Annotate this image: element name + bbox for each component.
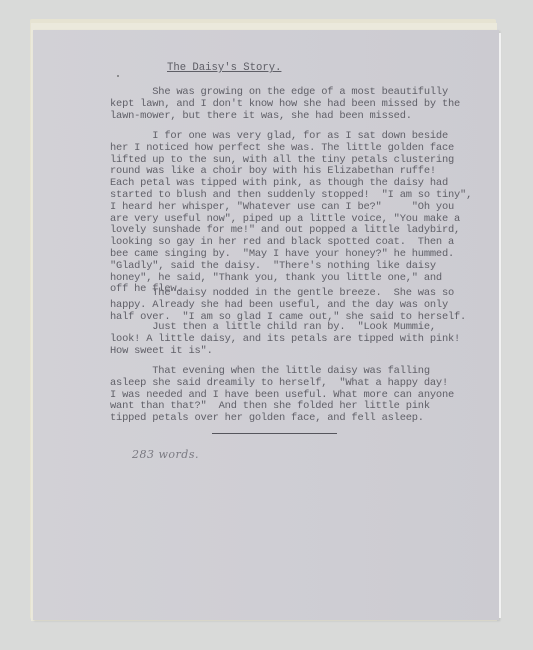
story-title: The Daisy's Story. <box>167 62 281 74</box>
story-paragraph: That evening when the little daisy was f… <box>110 366 454 425</box>
story-paragraph: The daisy nodded in the gentle breeze. S… <box>110 288 466 323</box>
word-count-note: 283 words. <box>132 448 199 461</box>
page-edge <box>499 33 501 618</box>
story-paragraph: She was growing on the edge of a most be… <box>110 87 460 122</box>
ink-speck <box>117 75 119 77</box>
end-rule <box>212 433 337 434</box>
story-paragraph: I for one was very glad, for as I sat do… <box>110 131 472 296</box>
story-paragraph: Just then a little child ran by. "Look M… <box>110 322 460 357</box>
